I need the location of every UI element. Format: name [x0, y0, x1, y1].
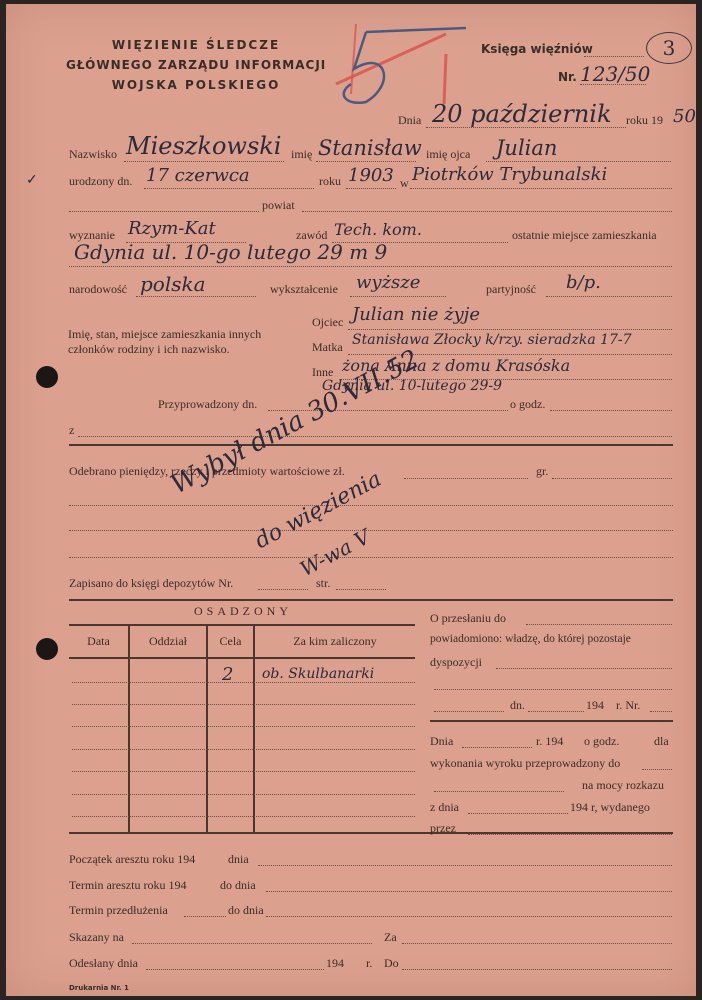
col-sep-2	[206, 624, 208, 832]
imie-ojca-label: imię ojca	[426, 147, 470, 162]
urodzony-label: urodzony dn.	[69, 174, 132, 189]
transfer-r-nr: r. Nr.	[616, 698, 640, 713]
col-header-za-kim: Za kim zaliczony	[255, 634, 415, 649]
termin-dots	[266, 891, 672, 892]
powiat-dots	[302, 211, 672, 212]
transfer-line1-dots	[526, 624, 672, 625]
pencil-mark-51	[326, 14, 476, 104]
col-header-data: Data	[69, 634, 128, 649]
annotation-line-3: W-wa V	[296, 524, 374, 581]
termin-label: Termin aresztu roku 194	[69, 878, 186, 893]
wydanego-label: 194 r, wydanego	[570, 800, 650, 815]
odeslany-dots	[146, 969, 324, 970]
roku-born-dots	[346, 188, 396, 189]
imie-label: imię	[291, 147, 312, 162]
nr-label: Nr.	[558, 70, 577, 84]
ojciec-value: Julian nie żyje	[352, 304, 480, 325]
narodowosc-label: narodowość	[69, 282, 127, 297]
book-label: Księga więźniów	[481, 42, 593, 56]
wyksztalcenie-dots	[350, 296, 446, 297]
urodzony-value: 17 czerwca	[146, 165, 250, 186]
wyksztalcenie-label: wykształcenie	[270, 282, 338, 297]
str-dots	[336, 589, 386, 590]
gr-label: gr.	[536, 464, 548, 479]
w-dots	[410, 188, 672, 189]
przedluzenia-do-dnia: do dnia	[228, 903, 264, 918]
ostatnie-label: ostatnie miejsce zamieszkania	[512, 228, 657, 243]
document-page: WIĘZIENIE ŚLEDCZE GŁÓWNEGO ZARZĄDU INFOR…	[6, 4, 696, 996]
z-dnia-dots	[468, 813, 568, 814]
osadzony-title: OSADZONY	[68, 604, 418, 619]
r194-label: r. 194	[536, 734, 563, 749]
ojciec-label: Ojciec	[312, 315, 343, 330]
roku-born-value: 1903	[348, 165, 394, 186]
transfer-dn-dots	[528, 711, 584, 712]
col-header-cela: Cela	[208, 634, 253, 649]
poczatek-dnia: dnia	[228, 852, 249, 867]
transfer-line3: dyspozycji	[430, 655, 482, 670]
osadzony-top-rule	[69, 624, 415, 626]
matka-label: Matka	[312, 340, 343, 355]
blank-dots-2	[69, 530, 673, 531]
skazany-dots	[132, 943, 372, 944]
zapisano-label: Zapisano do księgi depozytów Nr.	[69, 576, 233, 591]
blank-dots-3	[69, 557, 673, 558]
powiat-label: powiat	[262, 198, 295, 213]
transfer-line3-dots	[496, 668, 672, 669]
col-sep-3	[253, 624, 255, 832]
odeslany-r: r.	[366, 956, 372, 971]
powiat-pre-dots	[69, 211, 259, 212]
wykonania-dots	[642, 769, 672, 770]
na-mocy-dots	[434, 791, 564, 792]
col-sep-1	[128, 624, 130, 832]
imie-value: Stanisław	[318, 136, 422, 160]
narodowosc-dots	[136, 296, 256, 297]
col-header-oddzial: Oddział	[130, 634, 206, 649]
institution-line-2: GŁÓWNEGO ZARZĄDU INFORMACJI	[66, 58, 326, 72]
narodowosc-value: polska	[140, 272, 206, 296]
address-value: Gdynia ul. 10-go lutego 29 m 9	[74, 240, 387, 264]
transfer-line2: powiadomiono: władzę, do której pozostaj…	[430, 633, 631, 645]
wykonania-label: wykonania wyroku przeprowadzony do	[430, 756, 620, 771]
transfer-dn-pre-dots	[434, 711, 504, 712]
transfer-line1: O przesłaniu do	[430, 611, 506, 626]
roku-value: 50	[673, 106, 696, 127]
dnia-label: Dnia	[398, 113, 421, 128]
za-dots	[402, 943, 672, 944]
transfer-blank-dots	[434, 689, 672, 690]
odeslany-label: Odesłany dnia	[69, 956, 138, 971]
transfer-rule	[430, 720, 673, 722]
za-kim-value: ob. Skulbanarki	[262, 666, 374, 682]
address-dots	[69, 266, 672, 267]
przez-dots	[468, 834, 672, 835]
nr-value: 123/50	[580, 62, 650, 86]
matka-value: Stanisława Złocky k/rzy. sieradzka 17-7	[352, 332, 632, 348]
o-godz-dots	[550, 410, 672, 411]
family-desc-line2: członków rodziny i ich nazwisko.	[68, 342, 230, 357]
tick-mark-icon: ✓	[26, 172, 38, 189]
nazwisko-value: Mieszkowski	[126, 132, 281, 160]
partyjnosc-dots	[546, 296, 672, 297]
dla-label: dla	[654, 734, 669, 749]
table-row	[72, 682, 415, 683]
zawod-value: Tech. kom.	[334, 220, 422, 239]
imie-dots	[316, 161, 416, 162]
za-label: Za	[384, 930, 397, 945]
wyznanie-value: Rzym-Kat	[128, 218, 216, 239]
family-desc-line1: Imię, stan, miejsce zamieszkania innych	[68, 327, 261, 342]
przyprowadzony-label: Przyprowadzony dn.	[158, 397, 257, 412]
table-row	[72, 794, 415, 795]
przez-label: przez	[430, 821, 456, 836]
printer-note: Drukarnia Nr. 1	[69, 984, 129, 992]
zl-dots	[404, 478, 528, 479]
cela-value: 2	[222, 664, 233, 685]
divider-1	[69, 444, 673, 446]
nazwisko-label: Nazwisko	[69, 147, 117, 162]
dnia-value: 20 październik	[432, 100, 612, 128]
book-dots	[584, 56, 644, 57]
dnia2-label: Dnia	[430, 734, 453, 749]
termin-do-dnia: do dnia	[220, 878, 256, 893]
imie-ojca-dots	[486, 161, 671, 162]
transfer-nr-dots	[650, 711, 672, 712]
odeslany-year: 194	[326, 956, 344, 971]
z-label: z	[69, 423, 74, 438]
divider-2	[69, 599, 673, 601]
do-dots	[402, 969, 672, 970]
nazwisko-dots	[124, 161, 284, 162]
gr-dots	[552, 478, 672, 479]
na-mocy-label: na mocy rozkazu	[582, 778, 664, 793]
table-row	[72, 704, 415, 705]
w-value: Piotrków Trybunalski	[412, 164, 607, 185]
z-dots	[78, 436, 672, 437]
osadzony-header-rule	[69, 657, 415, 659]
w-label: w	[400, 176, 409, 191]
transfer-dn-label: dn.	[510, 698, 525, 713]
blank-dots-1	[69, 505, 673, 506]
book-value-circled: 3	[646, 32, 692, 64]
z-dnia-label: z dnia	[430, 800, 459, 815]
institution-line-3: WOJSKA POLSKIEGO	[66, 78, 326, 92]
partyjnosc-label: partyjność	[486, 282, 536, 297]
przedluzenia-dots	[184, 916, 226, 917]
wyksztalcenie-value: wyższe	[356, 272, 420, 293]
poczatek-dots	[258, 865, 672, 866]
dnia2-dots	[462, 747, 532, 748]
urodzony-dots	[144, 188, 314, 189]
punch-hole-top	[36, 366, 58, 388]
skazany-label: Skazany na	[69, 930, 124, 945]
transfer-year: 194	[586, 698, 604, 713]
roku-born-label: roku	[319, 174, 341, 189]
table-row	[72, 726, 415, 727]
table-row	[72, 816, 415, 817]
o-godz2-label: o godz.	[584, 734, 619, 749]
przedluzenia-label: Termin przedłużenia	[69, 903, 168, 918]
str-label: str.	[316, 576, 330, 591]
partyjnosc-value: b/p.	[566, 272, 601, 293]
roku-label: roku 19	[626, 113, 663, 128]
zapisano-nr-dots	[258, 589, 308, 590]
punch-hole-bottom	[36, 638, 58, 660]
poczatek-label: Początek aresztu roku 194	[69, 852, 195, 867]
table-row	[72, 749, 415, 750]
o-godz-label: o godz.	[510, 397, 545, 412]
do-label: Do	[384, 956, 399, 971]
imie-ojca-value: Julian	[496, 136, 557, 160]
ojciec-dots	[348, 329, 672, 330]
table-row	[72, 771, 415, 772]
institution-line-1: WIĘZIENIE ŚLEDCZE	[66, 38, 326, 52]
przedluzenia-do-dots	[266, 916, 672, 917]
